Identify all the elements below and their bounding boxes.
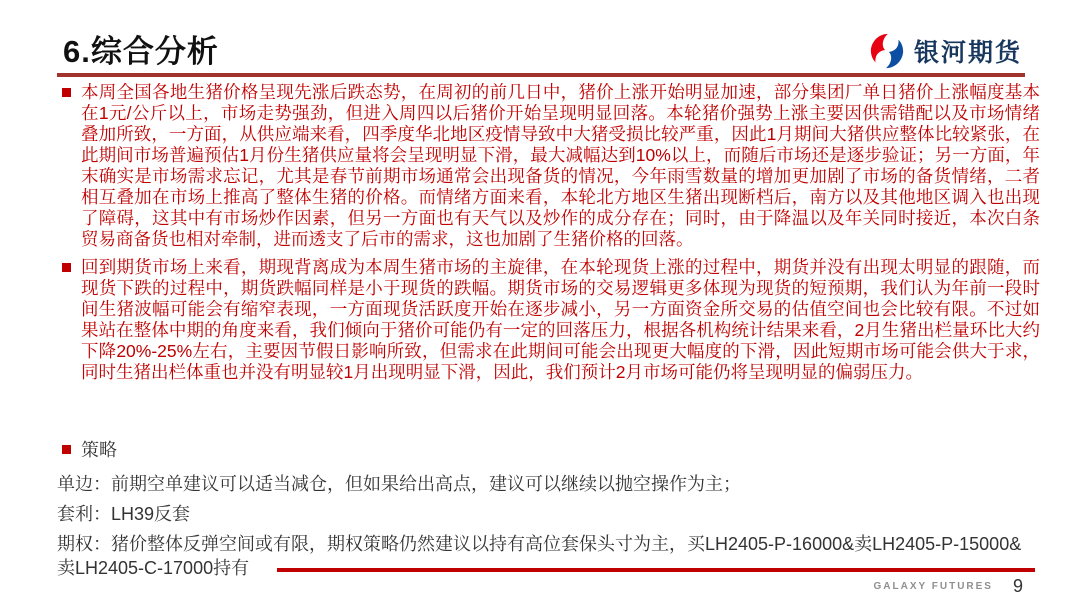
strategy-item-options-label: 期权： <box>57 534 111 554</box>
bullet-square-icon <box>62 88 71 97</box>
slide: 6.综合分析 银河期货 本周全国各地生猪价格呈现先涨后跌态势，在周初的前几日中，… <box>0 0 1080 608</box>
strategy-section: 策略 单边：前期空单建议可以适当减仓，但如果给出高点，建议可以继续以抛空操作为主… <box>57 436 1039 586</box>
brand-name: 银河期货 <box>914 33 1022 69</box>
strategy-item-unilateral-text: 前期空单建议可以适当减仓，但如果给出高点，建议可以继续以抛空操作为主； <box>111 474 741 494</box>
strategy-item-arbitrage-text: LH39反套 <box>111 504 190 524</box>
analysis-section: 本周全国各地生猪价格呈现先涨后跌态势，在周初的前几日中，猪价上涨开始明显加速，部… <box>60 82 1040 390</box>
analysis-bullet-1-text: 本周全国各地生猪价格呈现先涨后跌态势，在周初的前几日中，猪价上涨开始明显加速，部… <box>81 82 1040 250</box>
strategy-item-arbitrage: 套利：LH39反套 <box>57 502 1039 526</box>
brand-logo: 银河期货 <box>868 32 1022 70</box>
analysis-bullet-2: 回到期货市场上来看，期现背离成为本周生猪市场的主旋律，在本轮现货上涨的过程中，期… <box>60 257 1040 383</box>
galaxy-swirl-icon <box>868 32 906 70</box>
bullet-square-icon <box>62 263 71 272</box>
strategy-heading: 策略 <box>57 436 1039 462</box>
strategy-item-unilateral: 单边：前期空单建议可以适当减仓，但如果给出高点，建议可以继续以抛空操作为主； <box>57 472 1039 496</box>
analysis-bullet-2-text: 回到期货市场上来看，期现背离成为本周生猪市场的主旋律，在本轮现货上涨的过程中，期… <box>81 257 1040 383</box>
header-divider <box>57 73 1025 77</box>
footer-brand: GALAXY FUTURES <box>873 581 993 592</box>
bullet-square-icon <box>62 445 71 454</box>
strategy-item-unilateral-label: 单边： <box>57 474 111 494</box>
footer-divider <box>277 568 1035 572</box>
page-number: 9 <box>1013 576 1023 597</box>
footer: GALAXY FUTURES 9 <box>873 576 1023 597</box>
strategy-item-arbitrage-label: 套利： <box>57 504 111 524</box>
strategy-heading-label: 策略 <box>81 436 117 462</box>
analysis-bullet-1: 本周全国各地生猪价格呈现先涨后跌态势，在周初的前几日中，猪价上涨开始明显加速，部… <box>60 82 1040 250</box>
strategy-item-options: 期权：猪价整体反弹空间或有限，期权策略仍然建议以持有高位套保头寸为主，买LH24… <box>57 532 1039 580</box>
page-title: 6.综合分析 <box>63 26 219 71</box>
